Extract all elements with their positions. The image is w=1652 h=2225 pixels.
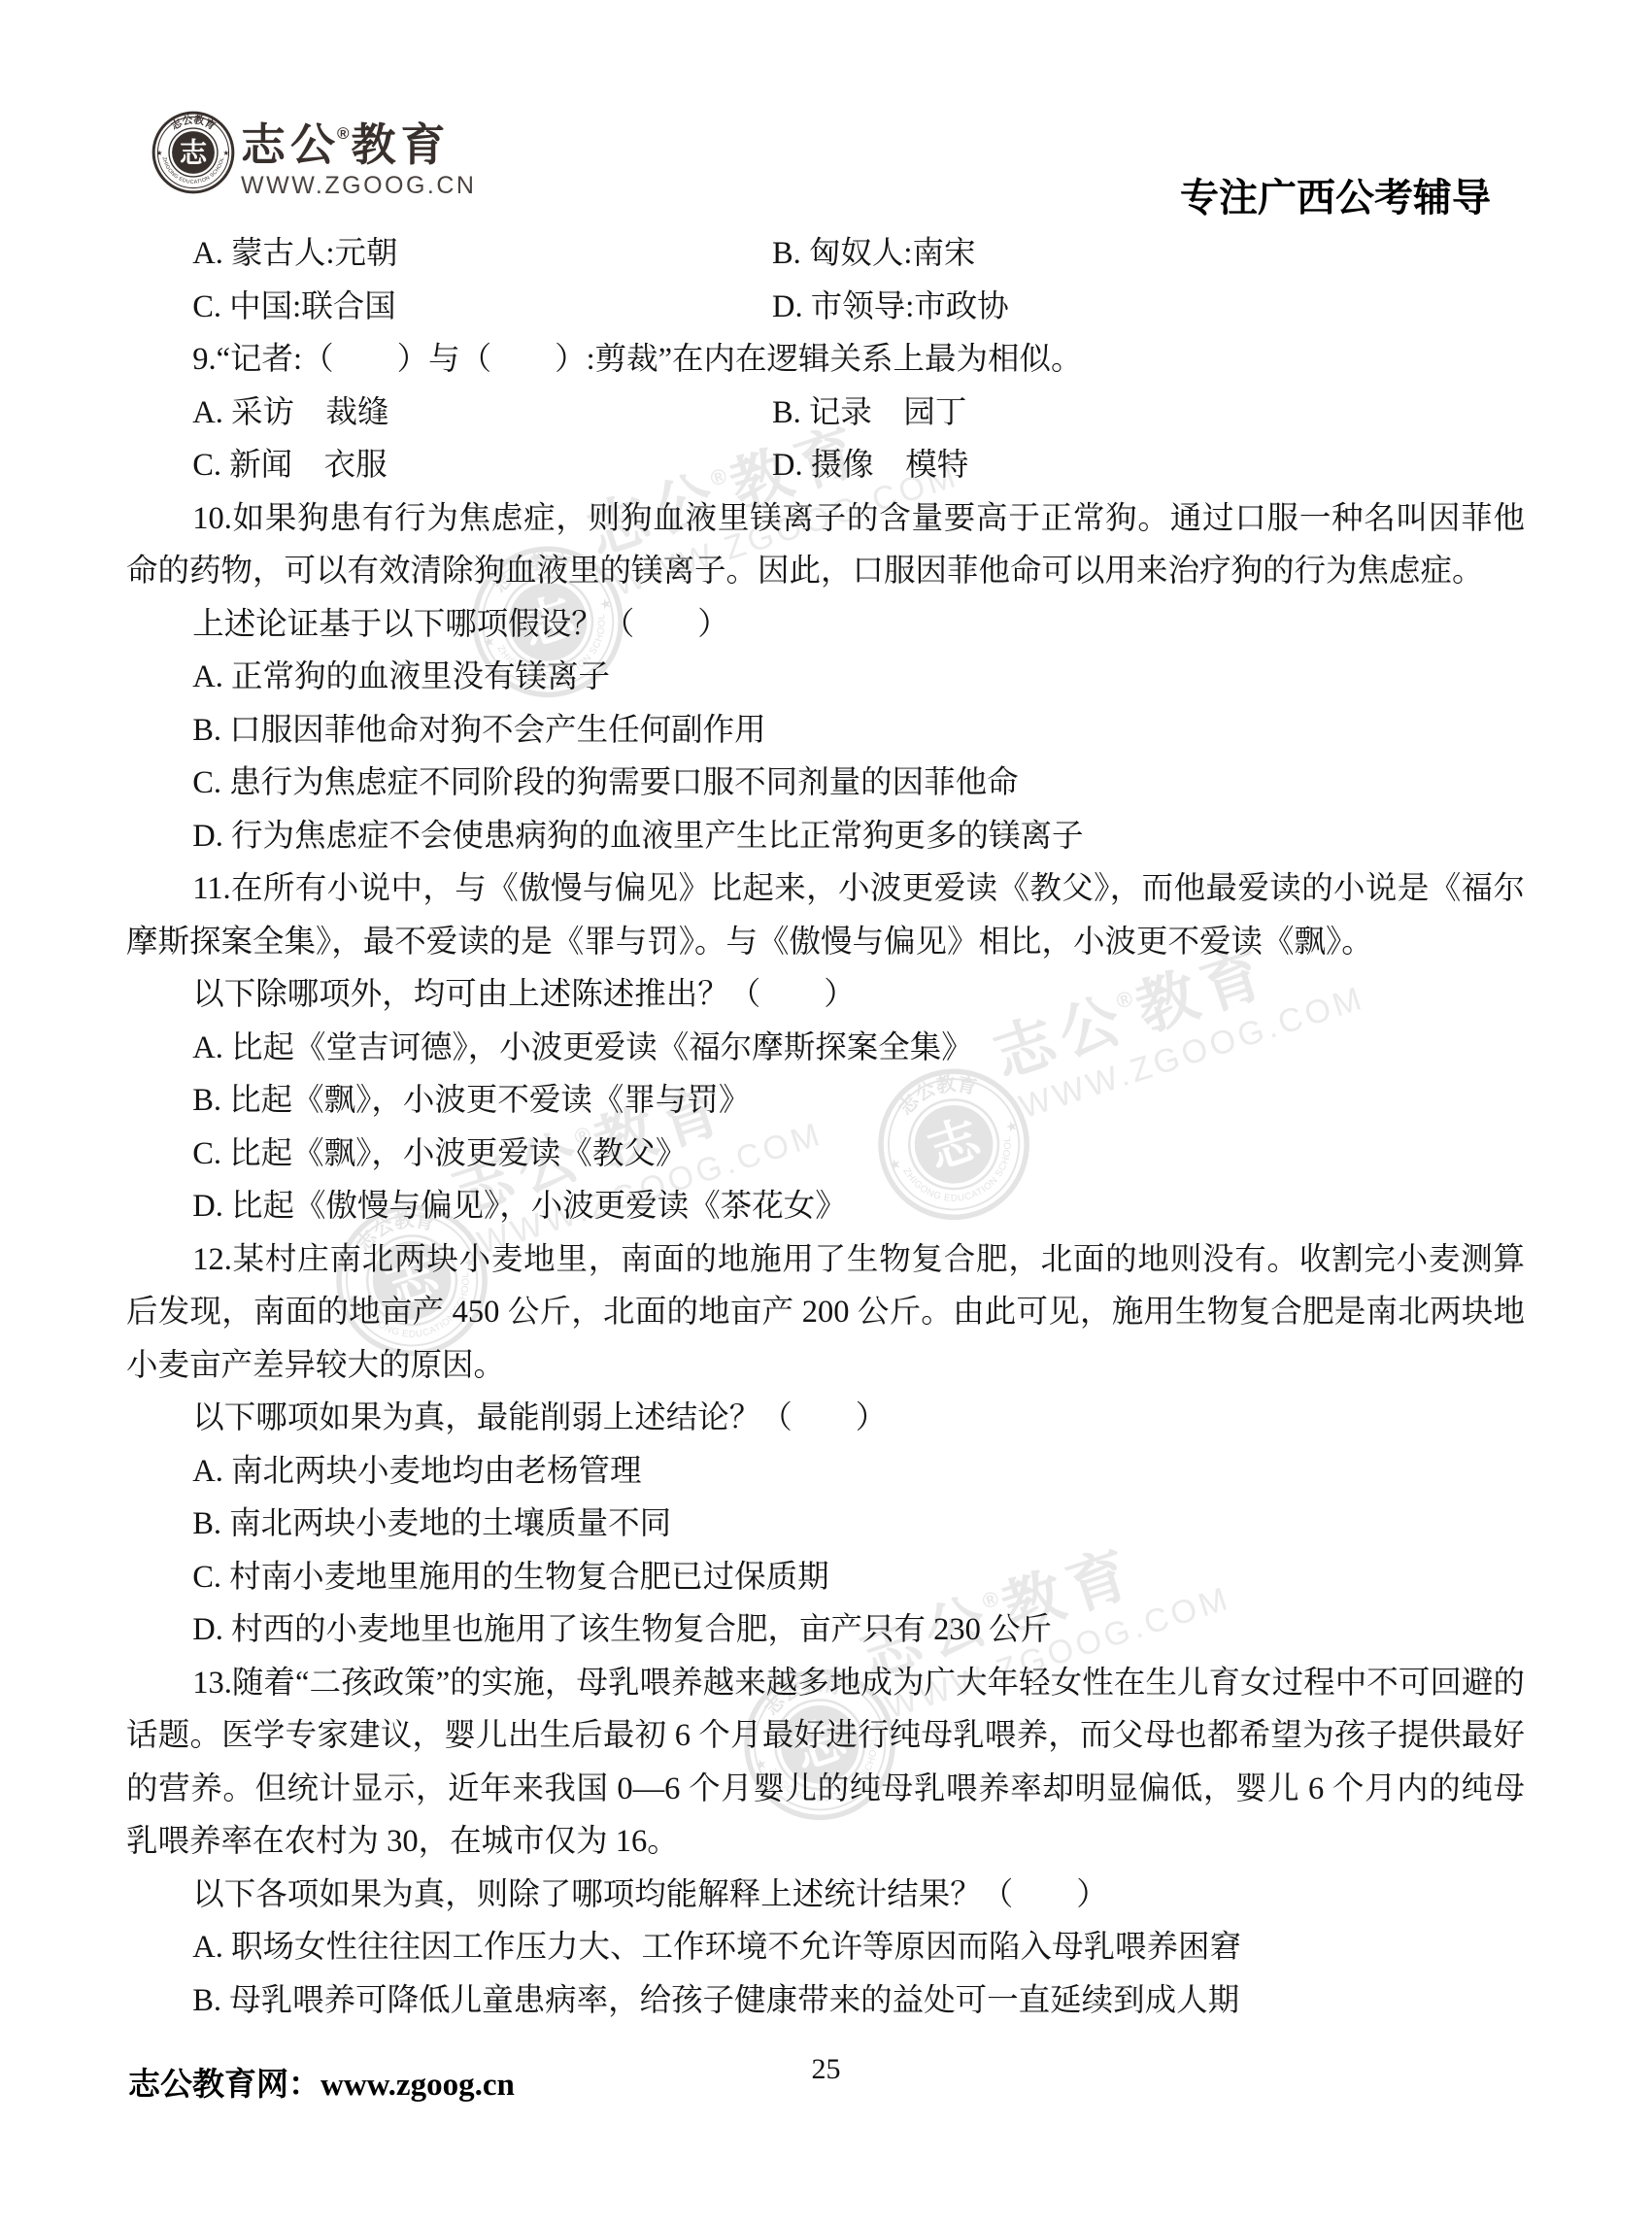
- brand-logo: 志公教育ZHIGONG EDUCATION SCHOOL★★志 志公®教育 WW…: [152, 109, 618, 198]
- page-footer: 25 志公教育网：www.zgoog.cn: [0, 2049, 1652, 2117]
- option-row: A. 蒙古人:元朝B. 匈奴人:南宋: [126, 227, 1525, 281]
- option: A. 正常狗的血液里没有镁离子: [126, 651, 1525, 704]
- question-paragraph: 11.在所有小说中，与《傲慢与偏见》比起来，小波更爱读《教父》，而他最爱读的小说…: [126, 862, 1525, 968]
- body: A. 蒙古人:元朝B. 匈奴人:南宋C. 中国:联合国D. 市领导:市政协9.“…: [126, 227, 1525, 2027]
- logo-brand-text: 志公®教育: [241, 109, 476, 170]
- option: B. 比起《飘》，小波更不爱读《罪与罚》: [126, 1074, 1525, 1128]
- question-paragraph: 以下哪项如果为真，最能削弱上述结论？（ ）: [126, 1392, 1525, 1445]
- question-paragraph: 12.某村庄南北两块小麦地里，南面的地施用了生物复合肥，北面的地则没有。收割完小…: [126, 1233, 1525, 1393]
- page-header: 志公教育ZHIGONG EDUCATION SCHOOL★★志 志公®教育 WW…: [0, 0, 1652, 223]
- footer-site-label: 志公教育网：www.zgoog.cn: [128, 2059, 515, 2105]
- seal-logo-icon: 志公教育ZHIGONG EDUCATION SCHOOL★★志: [152, 111, 235, 194]
- logo-brand2: 教育: [352, 119, 451, 170]
- option: B. 母乳喂养可降低儿童患病率，给孩子健康带来的益处可一直延续到成人期: [126, 1974, 1525, 2028]
- question-paragraph: 上述论证基于以下哪项假设？（ ）: [126, 598, 1525, 652]
- question-paragraph: 9.“记者:（ ）与（ ）:剪裁”在内在逻辑关系上最为相似。: [126, 333, 1525, 387]
- header-slogan: 专注广西公考辅导: [1180, 167, 1491, 222]
- svg-text:志: 志: [180, 138, 208, 169]
- logo-url: WWW.ZGOOG.CN: [241, 172, 476, 199]
- option: B. 南北两块小麦地的土壤质量不同: [126, 1498, 1525, 1551]
- option-row: C. 中国:联合国D. 市领导:市政协: [126, 281, 1525, 334]
- logo-text: 志公®教育 WWW.ZGOOG.CN: [241, 109, 476, 199]
- option-left: C. 新闻 衣服: [192, 448, 387, 483]
- document-page: 志公教育ZHIGONG EDUCATION SCHOOL★★志 志公®教育 WW…: [0, 0, 1652, 2225]
- option: A. 南北两块小麦地均由老杨管理: [126, 1445, 1525, 1499]
- option: C. 村南小麦地里施用的生物复合肥已过保质期: [126, 1551, 1525, 1604]
- option-right: B. 匈奴人:南宋: [772, 227, 975, 281]
- option: A. 职场女性往往因工作压力大、工作环境不允许等原因而陷入母乳喂养困窘: [126, 1921, 1525, 1974]
- svg-text:★: ★: [223, 149, 230, 157]
- option: D. 比起《傲慢与偏见》，小波更爱读《茶花女》: [126, 1180, 1525, 1233]
- option: C. 患行为焦虑症不同阶段的狗需要口服不同剂量的因菲他命: [126, 757, 1525, 810]
- option: D. 行为焦虑症不会使患病狗的血液里产生比正常狗更多的镁离子: [126, 810, 1525, 863]
- option-left: A. 蒙古人:元朝: [192, 236, 397, 271]
- option: C. 比起《飘》，小波更爱读《教父》: [126, 1128, 1525, 1181]
- question-paragraph: 以下各项如果为真，则除了哪项均能解释上述统计结果？（ ）: [126, 1869, 1525, 1922]
- question-paragraph: 以下除哪项外，均可由上述陈述推出？（ ）: [126, 968, 1525, 1022]
- option-left: A. 采访 裁缝: [192, 395, 388, 430]
- registered-mark-icon: ®: [337, 124, 350, 143]
- option-row: C. 新闻 衣服D. 摄像 模特: [126, 439, 1525, 492]
- option: A. 比起《堂吉诃德》，小波更爱读《福尔摩斯探案全集》: [126, 1022, 1525, 1075]
- option-right: D. 摄像 模特: [772, 439, 968, 492]
- option-left: C. 中国:联合国: [192, 289, 395, 324]
- logo-brand: 志公: [241, 119, 340, 170]
- question-paragraph: 13.随着“二孩政策”的实施，母乳喂养越来越多地成为广大年轻女性在生儿育女过程中…: [126, 1657, 1525, 1869]
- option-right: B. 记录 园丁: [772, 387, 966, 440]
- option-row: A. 采访 裁缝B. 记录 园丁: [126, 387, 1525, 440]
- option: D. 村西的小麦地里也施用了该生物复合肥，亩产只有 230 公斤: [126, 1603, 1525, 1657]
- svg-text:★: ★: [156, 149, 163, 157]
- option: B. 口服因菲他命对狗不会产生任何副作用: [126, 704, 1525, 758]
- option-right: D. 市领导:市政协: [772, 281, 1009, 334]
- question-paragraph: 10.如果狗患有行为焦虑症，则狗血液里镁离子的含量要高于正常狗。通过口服一种名叫…: [126, 492, 1525, 598]
